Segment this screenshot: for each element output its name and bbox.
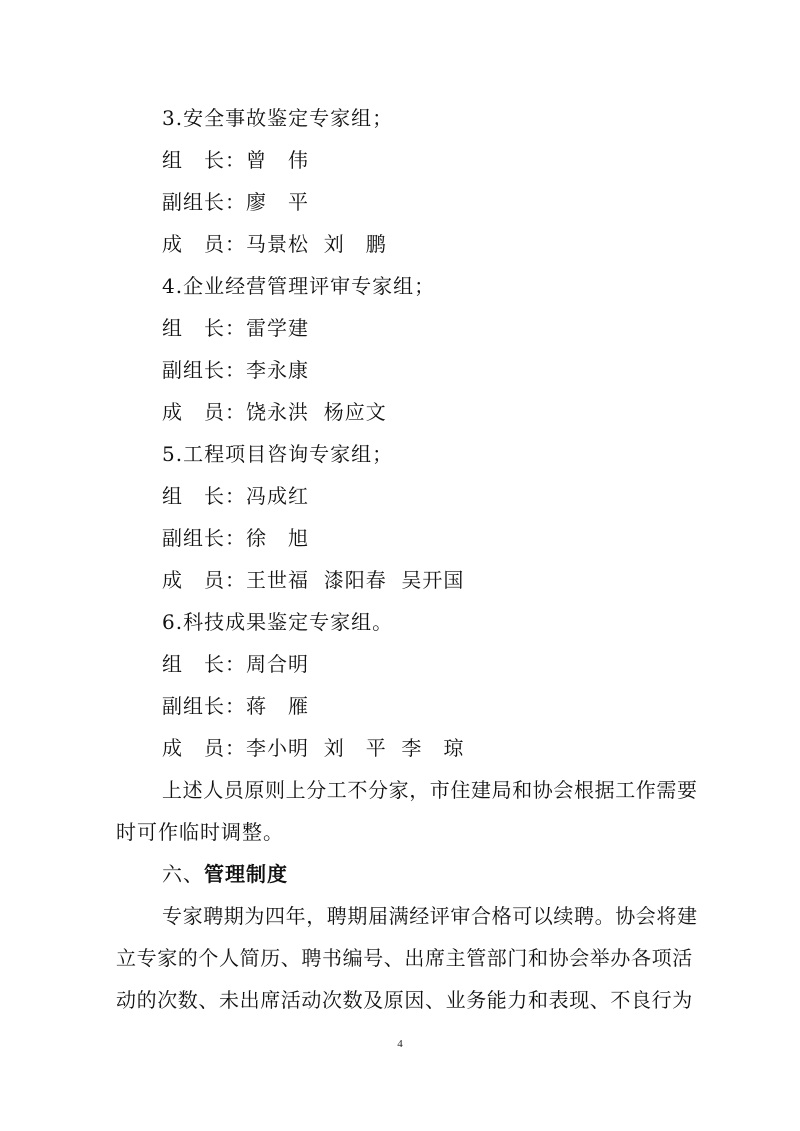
- group-leader-line: 组 长：雷学建: [162, 316, 309, 340]
- leader-label: 组 长：: [162, 148, 246, 172]
- group-leader-line: 组 长：周合明: [162, 652, 309, 676]
- group-title: 4.企业经营管理评审专家组；: [162, 274, 435, 298]
- body-paragraph-line: 专家聘期为四年，聘期届满经评审合格可以续聘。协会将建: [162, 904, 698, 928]
- group-members-line: 成 员：马景松 刘 鹏: [162, 232, 387, 256]
- members-label: 成 员：: [162, 400, 246, 424]
- leader-name: 雷学建: [246, 316, 309, 340]
- leader-label: 组 长：: [162, 652, 246, 676]
- leader-label: 组 长：: [162, 484, 246, 508]
- deputy-name: 徐 旭: [246, 526, 309, 550]
- group-title: 5.工程项目咨询专家组；: [162, 442, 393, 466]
- group-deputy-line: 副组长：廖 平: [162, 190, 309, 214]
- section-heading: 六、管理制度: [162, 862, 288, 886]
- body-paragraph-line: 动的次数、未出席活动次数及原因、业务能力和表现、不良行为: [116, 988, 693, 1012]
- section-title: 管理制度: [204, 862, 288, 886]
- deputy-label: 副组长：: [162, 694, 246, 718]
- leader-name: 曾 伟: [246, 148, 309, 172]
- leader-name: 周合明: [246, 652, 309, 676]
- group-deputy-line: 副组长：李永康: [162, 358, 309, 382]
- section-number: 六、: [162, 862, 204, 886]
- group-title: 6.科技成果鉴定专家组。: [162, 610, 393, 634]
- deputy-label: 副组长：: [162, 190, 246, 214]
- document-page: 3.安全事故鉴定专家组； 组 长：曾 伟 副组长：廖 平 成 员：马景松 刘 鹏…: [0, 0, 800, 1131]
- deputy-name: 李永康: [246, 358, 309, 382]
- group-members-line: 成 员：王世福 漆阳春 吴开国: [162, 568, 464, 592]
- deputy-name: 蒋 雁: [246, 694, 309, 718]
- members-names: 王世福 漆阳春 吴开国: [246, 568, 464, 592]
- group-leader-line: 组 长：冯成红: [162, 484, 309, 508]
- members-label: 成 员：: [162, 568, 246, 592]
- note-paragraph-line: 上述人员原则上分工不分家，市住建局和协会根据工作需要: [162, 778, 698, 802]
- deputy-name: 廖 平: [246, 190, 309, 214]
- members-names: 李小明 刘 平 李 琼: [246, 736, 464, 760]
- members-label: 成 员：: [162, 232, 246, 256]
- leader-label: 组 长：: [162, 316, 246, 340]
- body-paragraph-line: 立专家的个人简历、聘书编号、出席主管部门和协会举办各项活: [116, 946, 693, 970]
- leader-name: 冯成红: [246, 484, 309, 508]
- page-number: 4: [0, 1038, 800, 1050]
- deputy-label: 副组长：: [162, 526, 246, 550]
- deputy-label: 副组长：: [162, 358, 246, 382]
- members-names: 饶永洪 杨应文: [246, 400, 387, 424]
- members-label: 成 员：: [162, 736, 246, 760]
- group-leader-line: 组 长：曾 伟: [162, 148, 309, 172]
- members-names: 马景松 刘 鹏: [246, 232, 387, 256]
- group-members-line: 成 员：饶永洪 杨应文: [162, 400, 387, 424]
- group-members-line: 成 员：李小明 刘 平 李 琼: [162, 736, 464, 760]
- group-deputy-line: 副组长：蒋 雁: [162, 694, 309, 718]
- group-deputy-line: 副组长：徐 旭: [162, 526, 309, 550]
- group-title: 3.安全事故鉴定专家组；: [162, 106, 393, 130]
- note-paragraph-line: 时可作临时调整。: [116, 820, 284, 844]
